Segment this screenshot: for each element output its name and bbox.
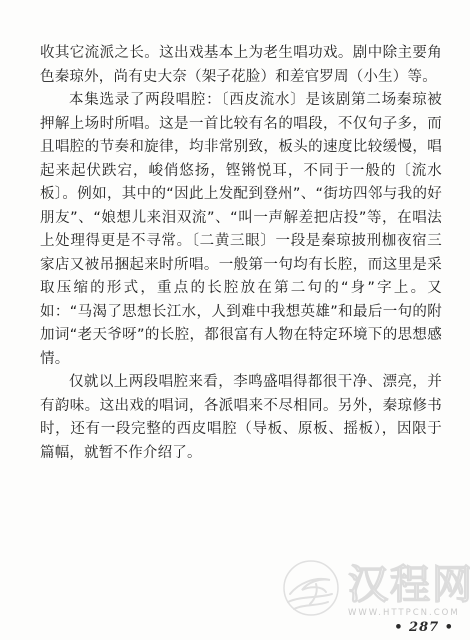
paragraph: 收其它流派之长。这出戏基本上为老生唱功戏。剧中除主要角色秦琼外，尚有史大奈（架子…	[40, 42, 442, 89]
page-number: • 287 •	[394, 620, 454, 635]
scanned-book-page: 收其它流派之长。这出戏基本上为老生唱功戏。剧中除主要角色秦琼外，尚有史大奈（架子…	[0, 0, 470, 640]
body-text: 收其它流派之长。这出戏基本上为老生唱功戏。剧中除主要角色秦琼外，尚有史大奈（架子…	[40, 42, 442, 465]
watermark-logo-text: 汉程网	[348, 563, 470, 607]
watermark-text-column: 汉程网 WWW.HTTPCN.COM	[348, 563, 470, 618]
paragraph: 仅就以上两段唱腔来看，李鸣盛唱得都很干净、漂亮，并有韵味。这出戏的唱词，各派唱来…	[40, 371, 442, 465]
watermark-url: WWW.HTTPCN.COM	[348, 608, 460, 618]
swirl-phoenix-logo-icon	[280, 554, 342, 626]
paragraph: 本集选录了两段唱腔：〔西皮流水〕是该剧第二场秦琼被押解上场时所唱。这是一首比较有…	[40, 89, 442, 371]
site-watermark: 汉程网 WWW.HTTPCN.COM	[280, 554, 466, 626]
